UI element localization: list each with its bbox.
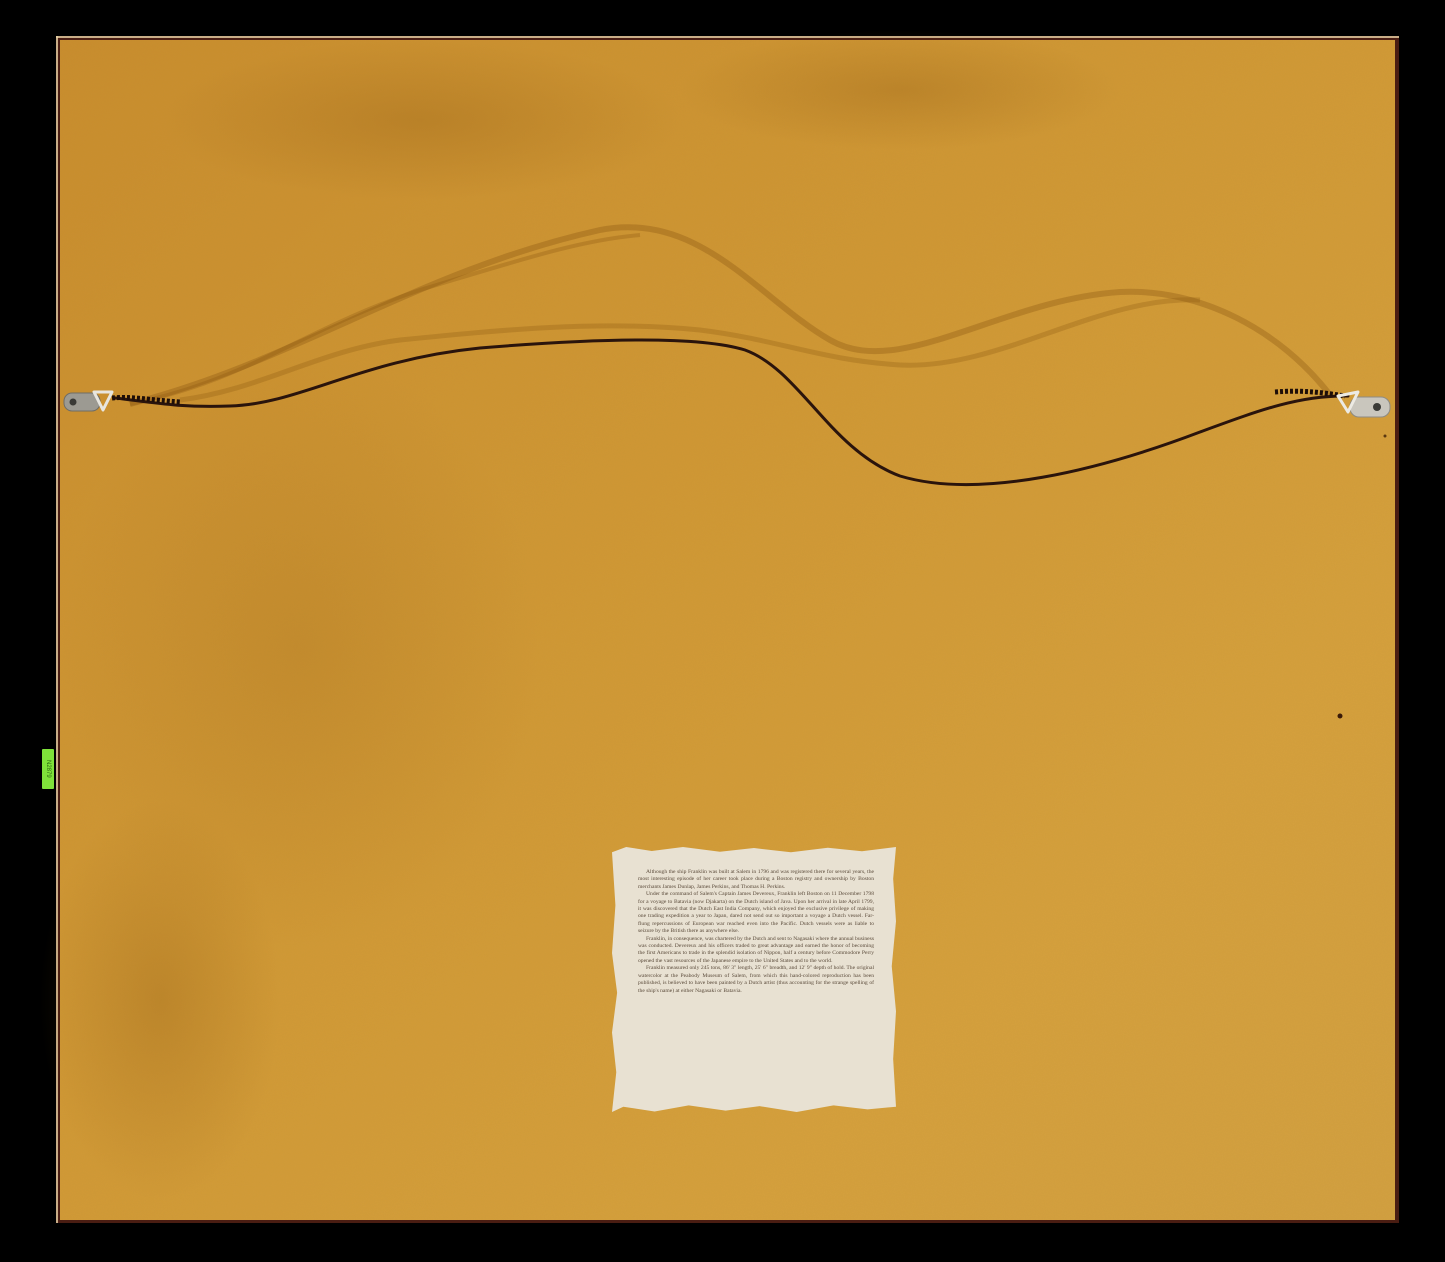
inventory-sticker: N2879 (42, 749, 54, 789)
label-paragraph-1: Although the ship Franklin was built at … (638, 869, 874, 891)
nail-hole (1338, 714, 1343, 719)
label-paragraph-3: Franklin, in consequence, was chartered … (638, 936, 874, 966)
label-paragraph-4: Franklin measured only 245 tons, 86' 3" … (638, 965, 874, 995)
label-paragraph-2: Under the command of Salem's Captain Jam… (638, 891, 874, 935)
description-label: Although the ship Franklin was built at … (612, 847, 896, 1112)
